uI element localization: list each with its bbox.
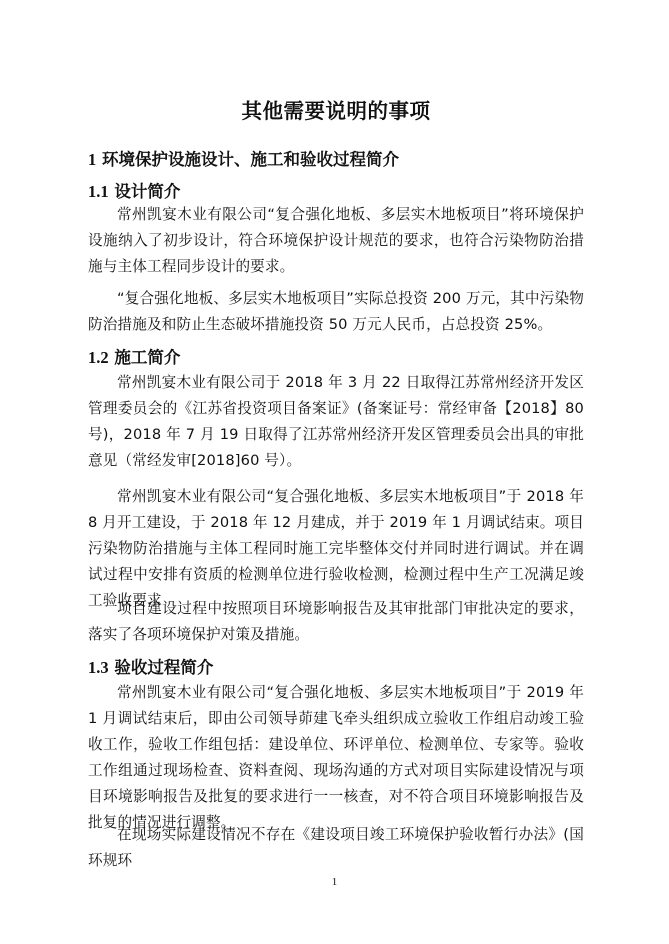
paragraph: 常州凯宴木业有限公司于 2018 年 3 月 22 日取得江苏常州经济开发区管理…	[88, 370, 584, 474]
paragraph: 项目建设过程中按照项目环境影响报告及其审批部门审批决定的要求，落实了各项环境保护…	[88, 596, 584, 648]
paragraph: “复合强化地板、多层实木地板项目”实际总投资 200 万元，其中污染物防治措施及…	[88, 286, 584, 338]
section-number: 1.2	[88, 348, 109, 367]
section-title: 设计简介	[114, 182, 180, 201]
paragraph: 常州凯宴木业有限公司“复合强化地板、多层实木地板项目”于 2019 年 1 月调…	[88, 680, 584, 836]
paragraph: 在现场实际建设情况不存在《建设项目竣工环境保护验收暂行办法》(国环规环	[88, 822, 584, 874]
page-title: 其他需要说明的事项	[88, 94, 584, 124]
section-heading-1-2: 1.2 施工简介	[88, 344, 180, 368]
section-title: 验收过程简介	[114, 658, 213, 677]
section-number: 1	[88, 150, 96, 169]
paragraph: 常州凯宴木业有限公司“复合强化地板、多层实木地板项目”将环境保护设施纳入了初步设…	[88, 202, 584, 280]
page-number: 1	[0, 876, 669, 888]
paragraph: 常州凯宴木业有限公司“复合强化地板、多层实木地板项目”于 2018 年 8 月开…	[88, 484, 584, 614]
section-title: 施工简介	[114, 348, 180, 367]
section-title: 环境保护设施设计、施工和验收过程简介	[102, 150, 399, 169]
section-number: 1.3	[88, 658, 109, 677]
section-number: 1.1	[88, 182, 109, 201]
section-heading-1-1: 1.1 设计简介	[88, 178, 180, 202]
section-heading-1: 1 环境保护设施设计、施工和验收过程简介	[88, 146, 399, 170]
section-heading-1-3: 1.3 验收过程简介	[88, 654, 213, 678]
